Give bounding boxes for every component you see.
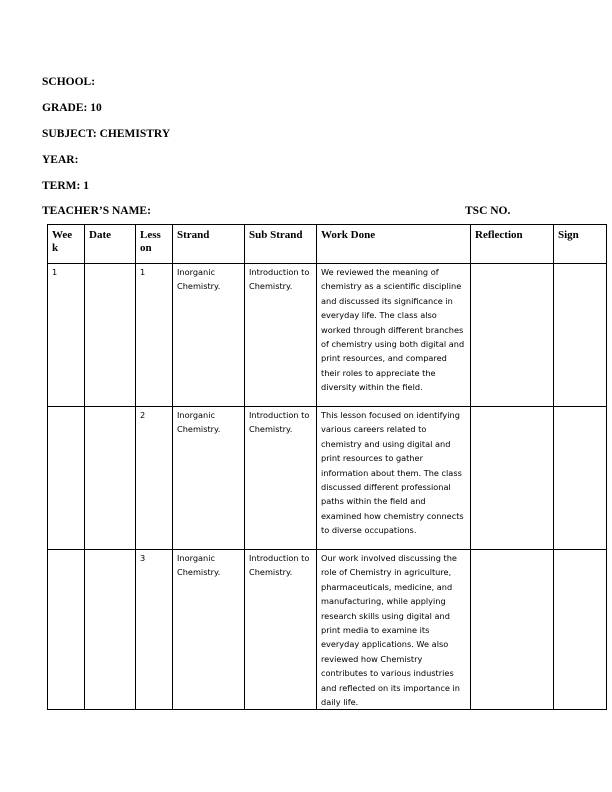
cell-lesson: 3 <box>136 550 173 710</box>
cell-week: 1 <box>48 264 85 407</box>
school-label: SCHOOL: <box>42 76 95 88</box>
grade-label: GRADE: 10 <box>42 102 102 114</box>
table-row: 1 1 Inorganic Chemistry. Introduction to… <box>48 264 607 407</box>
cell-lesson: 1 <box>136 264 173 407</box>
col-work-done: Work Done <box>317 225 471 264</box>
term-label: TERM: 1 <box>42 180 89 192</box>
col-week: Wee k <box>48 225 85 264</box>
cell-work-done: This lesson focused on identifying vario… <box>317 407 471 550</box>
col-sign: Sign <box>554 225 607 264</box>
cell-week <box>48 550 85 710</box>
cell-sub-strand: Introduction to Chemistry. <box>245 407 317 550</box>
cell-date <box>85 264 136 407</box>
cell-reflection <box>471 550 554 710</box>
cell-sub-strand: Introduction to Chemistry. <box>245 550 317 710</box>
col-strand: Strand <box>173 225 245 264</box>
cell-work-done: We reviewed the meaning of chemistry as … <box>317 264 471 407</box>
col-date: Date <box>85 225 136 264</box>
col-sub-strand: Sub Strand <box>245 225 317 264</box>
teacher-name-label: TEACHER’S NAME: <box>42 205 151 217</box>
cell-work-done: Our work involved discussing the role of… <box>317 550 471 710</box>
cell-sign <box>554 264 607 407</box>
cell-sign <box>554 550 607 710</box>
record-of-work-table: Wee k Date Less on Strand Sub Strand Wor… <box>47 224 607 710</box>
tsc-number-label: TSC NO. <box>465 205 510 217</box>
cell-strand: Inorganic Chemistry. <box>173 264 245 407</box>
cell-strand: Inorganic Chemistry. <box>173 407 245 550</box>
cell-lesson: 2 <box>136 407 173 550</box>
cell-date <box>85 550 136 710</box>
cell-reflection <box>471 264 554 407</box>
col-lesson: Less on <box>136 225 173 264</box>
cell-sub-strand: Introduction to Chemistry. <box>245 264 317 407</box>
table-row: 2 Inorganic Chemistry. Introduction to C… <box>48 407 607 550</box>
table-row: 3 Inorganic Chemistry. Introduction to C… <box>48 550 607 710</box>
table-header-row: Wee k Date Less on Strand Sub Strand Wor… <box>48 225 607 264</box>
cell-date <box>85 407 136 550</box>
cell-week <box>48 407 85 550</box>
cell-reflection <box>471 407 554 550</box>
cell-strand: Inorganic Chemistry. <box>173 550 245 710</box>
col-reflection: Reflection <box>471 225 554 264</box>
year-label: YEAR: <box>42 154 78 166</box>
subject-label: SUBJECT: CHEMISTRY <box>42 128 170 140</box>
cell-sign <box>554 407 607 550</box>
